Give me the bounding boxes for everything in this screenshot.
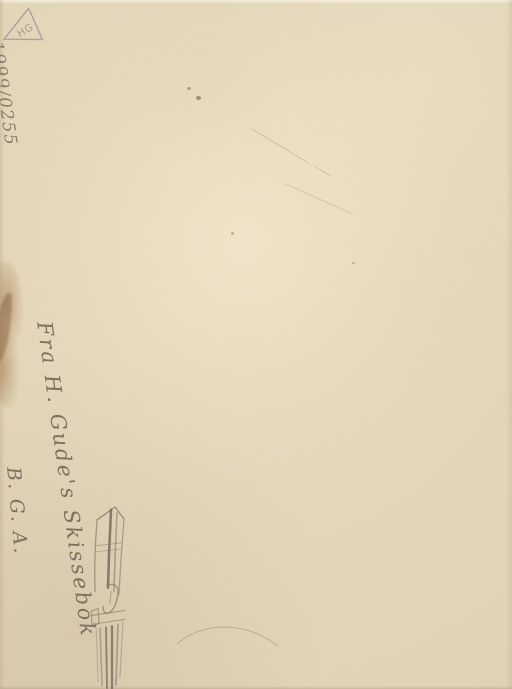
paper-right-edge-shadow	[506, 0, 512, 689]
paper-speck	[352, 262, 355, 264]
paper-speck	[196, 96, 201, 100]
collector-stamp-triangle-icon: HG	[0, 1, 51, 53]
faint-pencil-arc	[172, 612, 287, 660]
photo-verso-paper: HG 1999/0255 Fra H. Gude's Skissebok B. …	[0, 0, 512, 689]
paper-speck	[187, 87, 191, 90]
accession-number: 1999/0255	[0, 40, 21, 148]
stamp-letters: HG	[16, 22, 36, 40]
paper-top-edge-highlight	[0, 0, 512, 4]
paper-scratch	[285, 183, 351, 213]
pencil-sketch-post-icon	[83, 500, 143, 689]
paper-speck	[231, 232, 234, 235]
inscription-initials: B. G. A.	[2, 466, 32, 556]
paper-scratch	[300, 155, 331, 181]
